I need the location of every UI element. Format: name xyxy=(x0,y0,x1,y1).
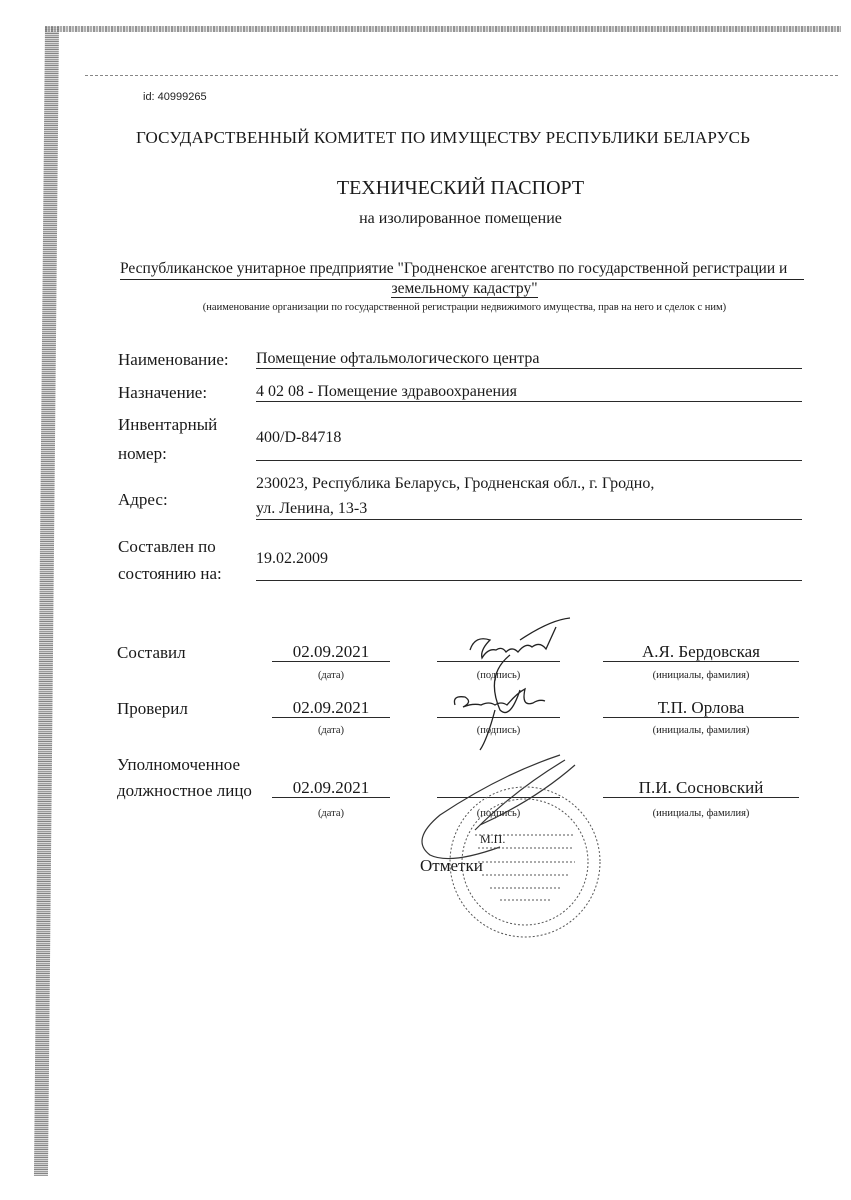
date-rule-compiled xyxy=(272,661,390,662)
signer-role-compiled: Составил xyxy=(117,643,186,663)
organization-caption: (наименование организации по государстве… xyxy=(0,302,851,313)
handwritten-signature-icon xyxy=(470,618,570,713)
document-id: id: 40999265 xyxy=(143,91,207,103)
signature-rule-checked xyxy=(437,717,560,718)
signer-role-official-1: Уполномоченное xyxy=(117,755,240,775)
committee-heading: ГОСУДАРСТВЕННЫЙ КОМИТЕТ ПО ИМУЩЕСТВУ РЕС… xyxy=(0,128,851,148)
field-label-name: Наименование: xyxy=(118,345,229,375)
marks-label: Отметки xyxy=(420,856,483,876)
caption-name-compiled: (инициалы, фамилия) xyxy=(603,670,799,681)
field-rule-inventory xyxy=(256,460,802,461)
caption-signature-compiled: (подпись) xyxy=(437,670,560,681)
field-label-purpose: Назначение: xyxy=(118,378,207,408)
field-rule-purpose xyxy=(256,401,802,402)
field-value-inventory: 400/D-84718 xyxy=(256,429,341,447)
signer-date-checked: 02.09.2021 xyxy=(272,698,390,718)
name-rule-compiled xyxy=(603,661,799,662)
organization-name-line2-text: земельному кадастру" xyxy=(391,280,537,298)
page-subtitle: на изолированное помещение xyxy=(0,210,851,228)
signer-role-checked: Проверил xyxy=(117,699,188,719)
scan-top-border xyxy=(45,26,841,32)
signer-name-compiled: А.Я. Бердовская xyxy=(603,642,799,662)
stamp-place-label: М.П. xyxy=(480,832,505,847)
field-label-inventory-1: Инвентарный xyxy=(118,410,217,440)
field-value-purpose: 4 02 08 - Помещение здравоохранения xyxy=(256,383,517,401)
caption-signature-official: (подпись) xyxy=(437,808,560,819)
signature-rule-official xyxy=(437,797,560,798)
page-title: ТЕХНИЧЕСКИЙ ПАСПОРТ xyxy=(0,177,851,200)
field-value-address-1: 230023, Республика Беларусь, Гродненская… xyxy=(256,475,654,493)
caption-name-checked: (инициалы, фамилия) xyxy=(603,725,799,736)
field-rule-address xyxy=(256,519,802,520)
signer-name-checked: Т.П. Орлова xyxy=(603,698,799,718)
caption-date-compiled: (дата) xyxy=(272,670,390,681)
date-rule-official xyxy=(272,797,390,798)
caption-date-official: (дата) xyxy=(272,808,390,819)
organization-name-line1: Республиканское унитарное предприятие "Г… xyxy=(120,259,804,280)
signer-name-official: П.И. Сосновский xyxy=(603,778,799,798)
field-value-name: Помещение офтальмологического центра xyxy=(256,350,540,368)
signature-rule-compiled xyxy=(437,661,560,662)
field-label-state-date-2: состоянию на: xyxy=(118,559,222,589)
field-label-inventory-2: номер: xyxy=(118,439,167,469)
name-rule-checked xyxy=(603,717,799,718)
signer-date-official: 02.09.2021 xyxy=(272,778,390,798)
caption-signature-checked: (подпись) xyxy=(437,725,560,736)
name-rule-official xyxy=(603,797,799,798)
signer-date-compiled: 02.09.2021 xyxy=(272,642,390,662)
field-rule-name xyxy=(256,368,802,369)
organization-name-line2: земельному кадастру" xyxy=(0,279,851,299)
field-value-state-date: 19.02.2009 xyxy=(256,550,328,568)
signer-role-official-2: должностное лицо xyxy=(117,781,252,801)
caption-date-checked: (дата) xyxy=(272,725,390,736)
field-label-address: Адрес: xyxy=(118,485,168,515)
header-rule xyxy=(85,75,838,76)
date-rule-checked xyxy=(272,717,390,718)
handwritten-signature-icon xyxy=(454,689,545,750)
field-value-address-2: ул. Ленина, 13-3 xyxy=(256,500,367,518)
caption-name-official: (инициалы, фамилия) xyxy=(603,808,799,819)
field-rule-state-date xyxy=(256,580,802,581)
field-label-state-date-1: Составлен по xyxy=(118,532,216,562)
